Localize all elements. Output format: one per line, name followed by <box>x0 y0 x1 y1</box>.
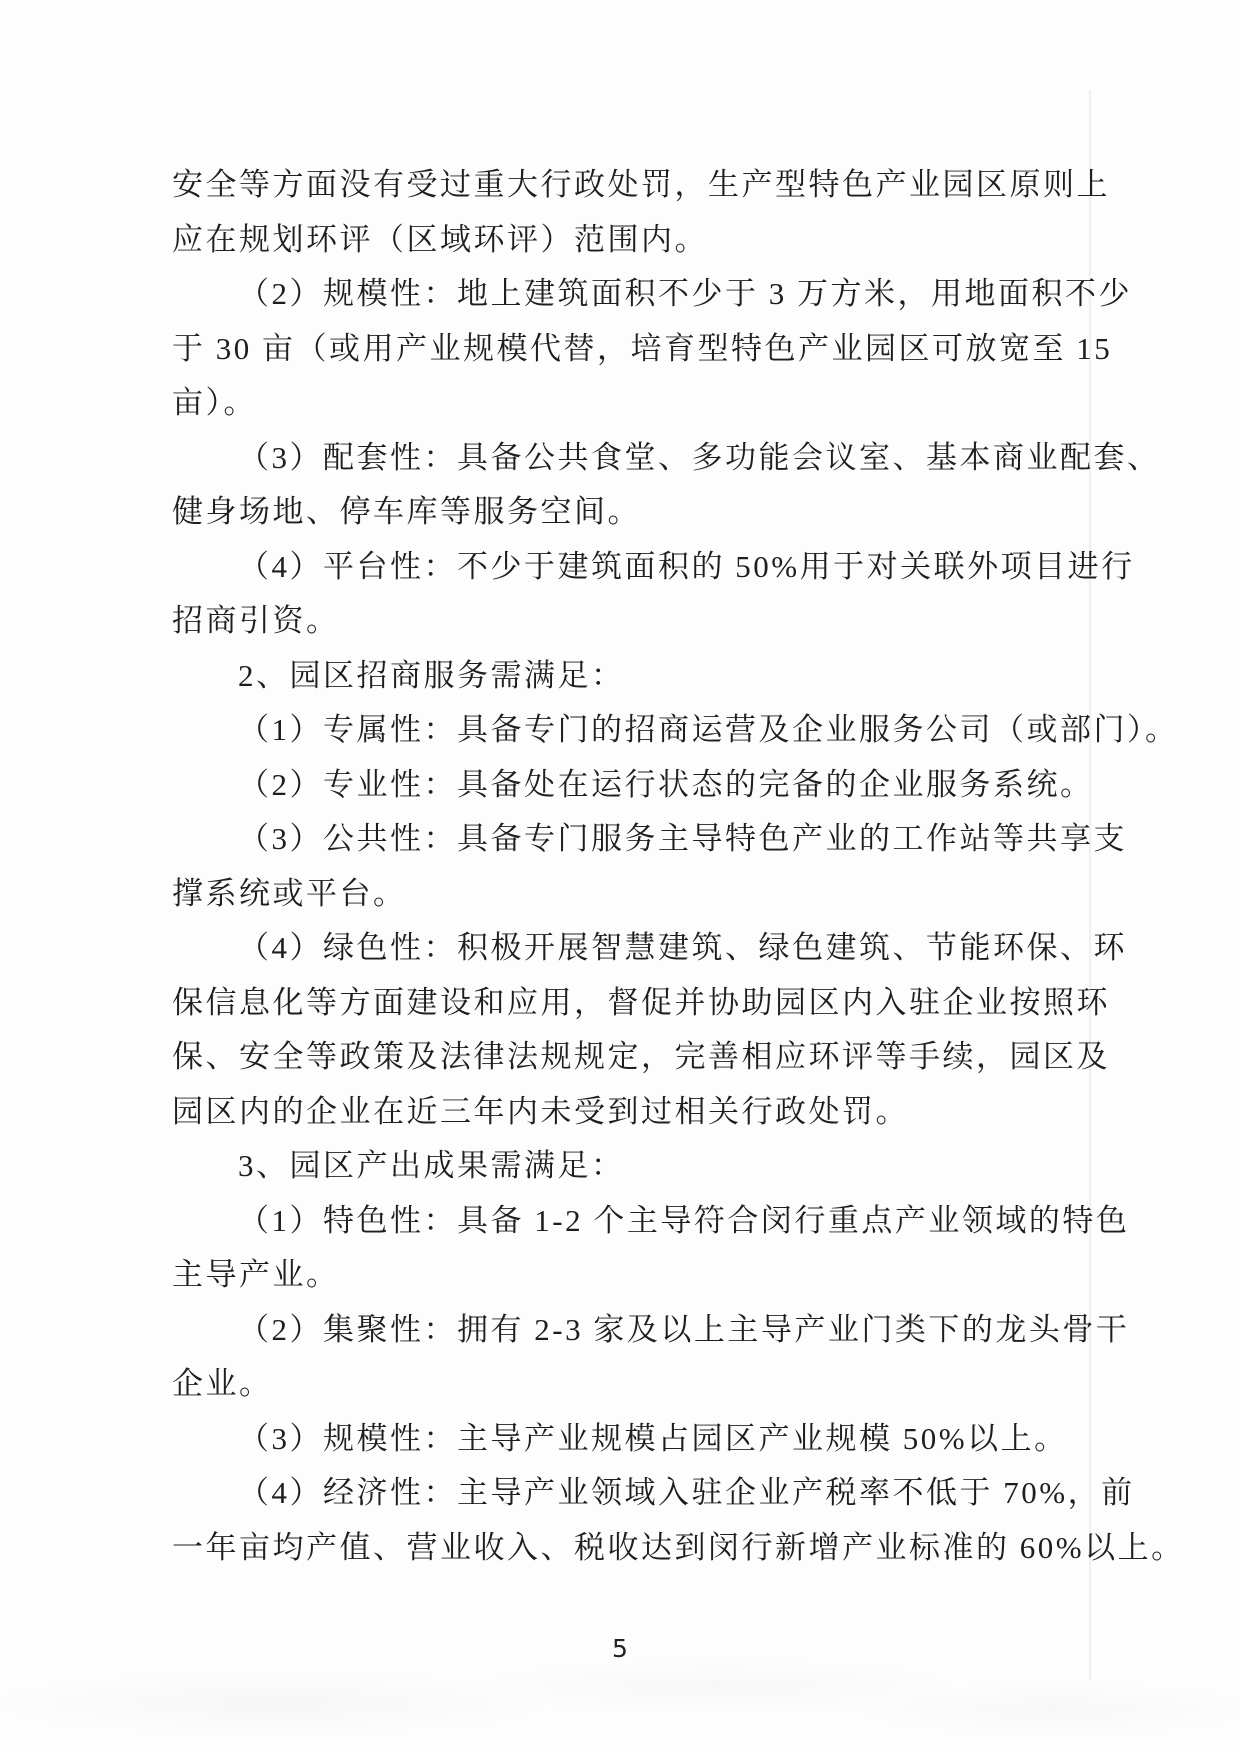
text-line: 安全等方面没有受过重大行政处罚，生产型特色产业园区原则上 <box>172 158 1122 213</box>
text-line: 园区内的企业在近三年内未受到过相关行政处罚。 <box>172 1085 1122 1140</box>
text-line: （3）配套性：具备公共食堂、多功能会议室、基本商业配套、 <box>172 431 1122 486</box>
text-line: 保信息化等方面建设和应用，督促并协助园区内入驻企业按照环 <box>172 976 1122 1031</box>
text-line: （3）规模性：主导产业规模占园区产业规模 50%以上。 <box>172 1412 1122 1467</box>
text-line: 亩）。 <box>172 376 1122 431</box>
text-line: 3、园区产出成果需满足： <box>172 1139 1122 1194</box>
text-line: （4）绿色性：积极开展智慧建筑、绿色建筑、节能环保、环 <box>172 921 1122 976</box>
text-line: 2、园区招商服务需满足： <box>172 649 1122 704</box>
text-line: （1）特色性：具备 1-2 个主导符合闵行重点产业领域的特色 <box>172 1194 1122 1249</box>
text-line: （1）专属性：具备专门的招商运营及企业服务公司（或部门）。 <box>172 703 1122 758</box>
scan-noise <box>0 1643 1240 1753</box>
text-line: 健身场地、停车库等服务空间。 <box>172 485 1122 540</box>
text-line: 撑系统或平台。 <box>172 867 1122 922</box>
document-page: 安全等方面没有受过重大行政处罚，生产型特色产业园区原则上应在规划环评（区域环评）… <box>0 0 1240 1753</box>
text-line: （3）公共性：具备专门服务主导特色产业的工作站等共享支 <box>172 812 1122 867</box>
text-line: 应在规划环评（区域环评）范围内。 <box>172 213 1122 268</box>
text-line: （2）规模性：地上建筑面积不少于 3 万方米，用地面积不少 <box>172 267 1122 322</box>
text-line: 招商引资。 <box>172 594 1122 649</box>
text-line: 企业。 <box>172 1357 1122 1412</box>
text-line: （2）集聚性：拥有 2-3 家及以上主导产业门类下的龙头骨干 <box>172 1303 1122 1358</box>
document-body: 安全等方面没有受过重大行政处罚，生产型特色产业园区原则上应在规划环评（区域环评）… <box>172 158 1122 1575</box>
text-line: 主导产业。 <box>172 1248 1122 1303</box>
text-line: 于 30 亩（或用产业规模代替，培育型特色产业园区可放宽至 15 <box>172 322 1122 377</box>
text-line: （4）平台性：不少于建筑面积的 50%用于对关联外项目进行 <box>172 540 1122 595</box>
text-line: 保、安全等政策及法律法规规定，完善相应环评等手续，园区及 <box>172 1030 1122 1085</box>
text-line: 一年亩均产值、营业收入、税收达到闵行新增产业标准的 60%以上。 <box>172 1521 1122 1576</box>
text-line: （4）经济性：主导产业领域入驻企业产税率不低于 70%，前 <box>172 1466 1122 1521</box>
text-line: （2）专业性：具备处在运行状态的完备的企业服务系统。 <box>172 758 1122 813</box>
